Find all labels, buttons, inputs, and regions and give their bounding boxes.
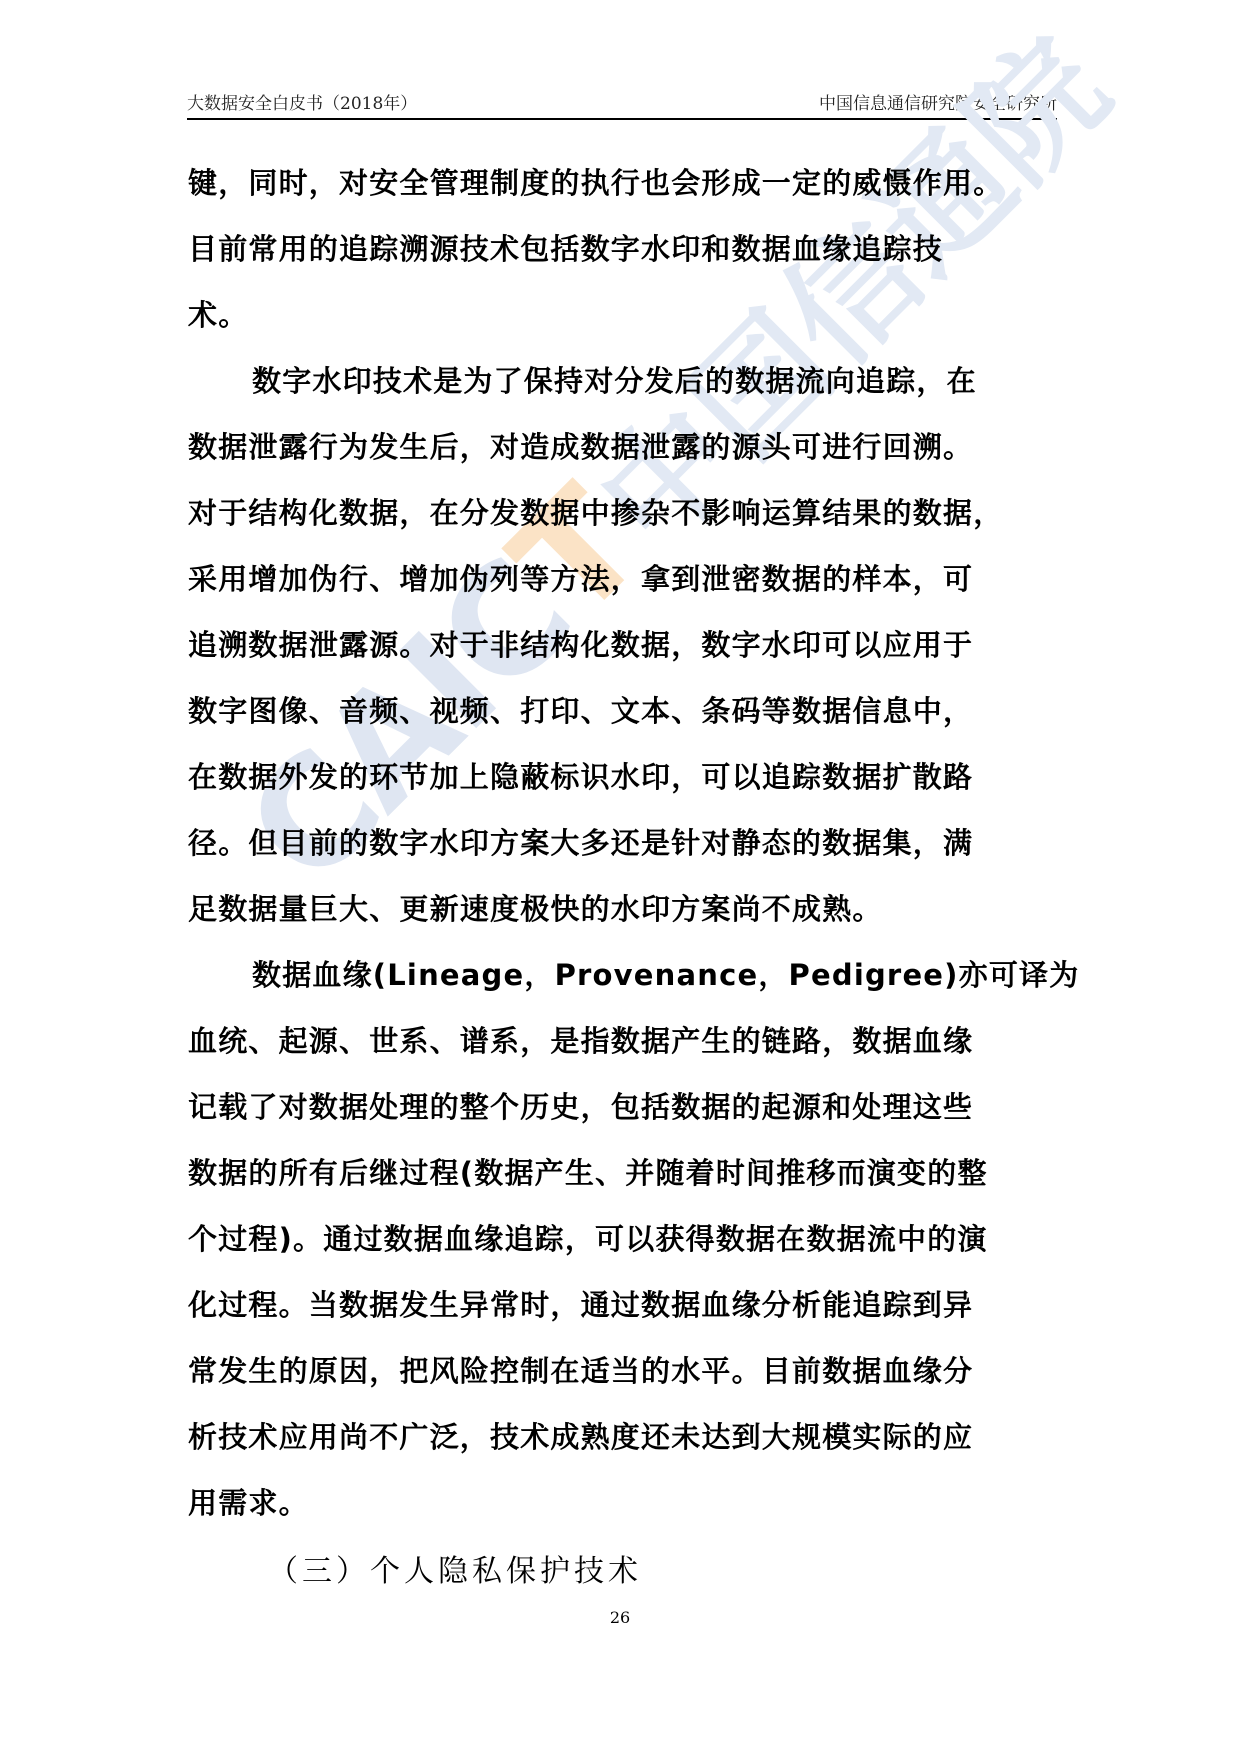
paragraph-line: 记载了对数据处理的整个历史，包括数据的起源和处理这些	[188, 1074, 1068, 1140]
paragraph-line: 数据泄露行为发生后，对造成数据泄露的源头可进行回溯。	[188, 414, 1068, 480]
paragraph-line: 个过程)。通过数据血缘追踪，可以获得数据在数据流中的演	[188, 1206, 1068, 1272]
paragraph-line: 对于结构化数据，在分发数据中掺杂不影响运算结果的数据，	[188, 480, 1068, 546]
paragraph-line: 数字水印技术是为了保持对分发后的数据流向追踪，在	[188, 348, 1068, 414]
paragraph-line: 析技术应用尚不广泛，技术成熟度还未达到大规模实际的应	[188, 1404, 1068, 1470]
paragraph-line: 足数据量巨大、更新速度极快的水印方案尚不成熟。	[188, 876, 1068, 942]
paragraph-line: 追溯数据泄露源。对于非结构化数据，数字水印可以应用于	[188, 612, 1068, 678]
paragraph-line: 在数据外发的环节加上隐蔽标识水印，可以追踪数据扩散路	[188, 744, 1068, 810]
body-text: 键，同时，对安全管理制度的执行也会形成一定的威慑作用。 目前常用的追踪溯源技术包…	[188, 150, 1068, 1536]
paragraph-line: 常发生的原因，把风险控制在适当的水平。目前数据血缘分	[188, 1338, 1068, 1404]
section-heading: （三）个人隐私保护技术	[268, 1546, 642, 1590]
paragraph-line: 化过程。当数据发生异常时，通过数据血缘分析能追踪到异	[188, 1272, 1068, 1338]
paragraph-line: 术。	[188, 282, 1068, 348]
paragraph-line: 目前常用的追踪溯源技术包括数字水印和数据血缘追踪技	[188, 216, 1068, 282]
running-header: 大数据安全白皮书（2018年） 中国信息通信研究院安全研究所	[187, 86, 1057, 120]
paragraph-line: 血统、起源、世系、谱系，是指数据产生的链路，数据血缘	[188, 1008, 1068, 1074]
paragraph-line: 数据血缘(Lineage，Provenance，Pedigree)亦可译为	[188, 942, 1068, 1008]
paragraph-line: 键，同时，对安全管理制度的执行也会形成一定的威慑作用。	[188, 150, 1068, 216]
paragraph-line: 采用增加伪行、增加伪列等方法，拿到泄密数据的样本，可	[188, 546, 1068, 612]
paragraph-line: 径。但目前的数字水印方案大多还是针对静态的数据集，满	[188, 810, 1068, 876]
page-number: 26	[0, 1608, 1240, 1627]
header-organization: 中国信息通信研究院安全研究所	[819, 94, 1057, 114]
paragraph-line: 用需求。	[188, 1470, 1068, 1536]
paragraph-line: 数字图像、音频、视频、打印、文本、条码等数据信息中，	[188, 678, 1068, 744]
header-document-title: 大数据安全白皮书（2018年）	[187, 94, 417, 114]
paragraph-line: 数据的所有后继过程(数据产生、并随着时间推移而演变的整	[188, 1140, 1068, 1206]
